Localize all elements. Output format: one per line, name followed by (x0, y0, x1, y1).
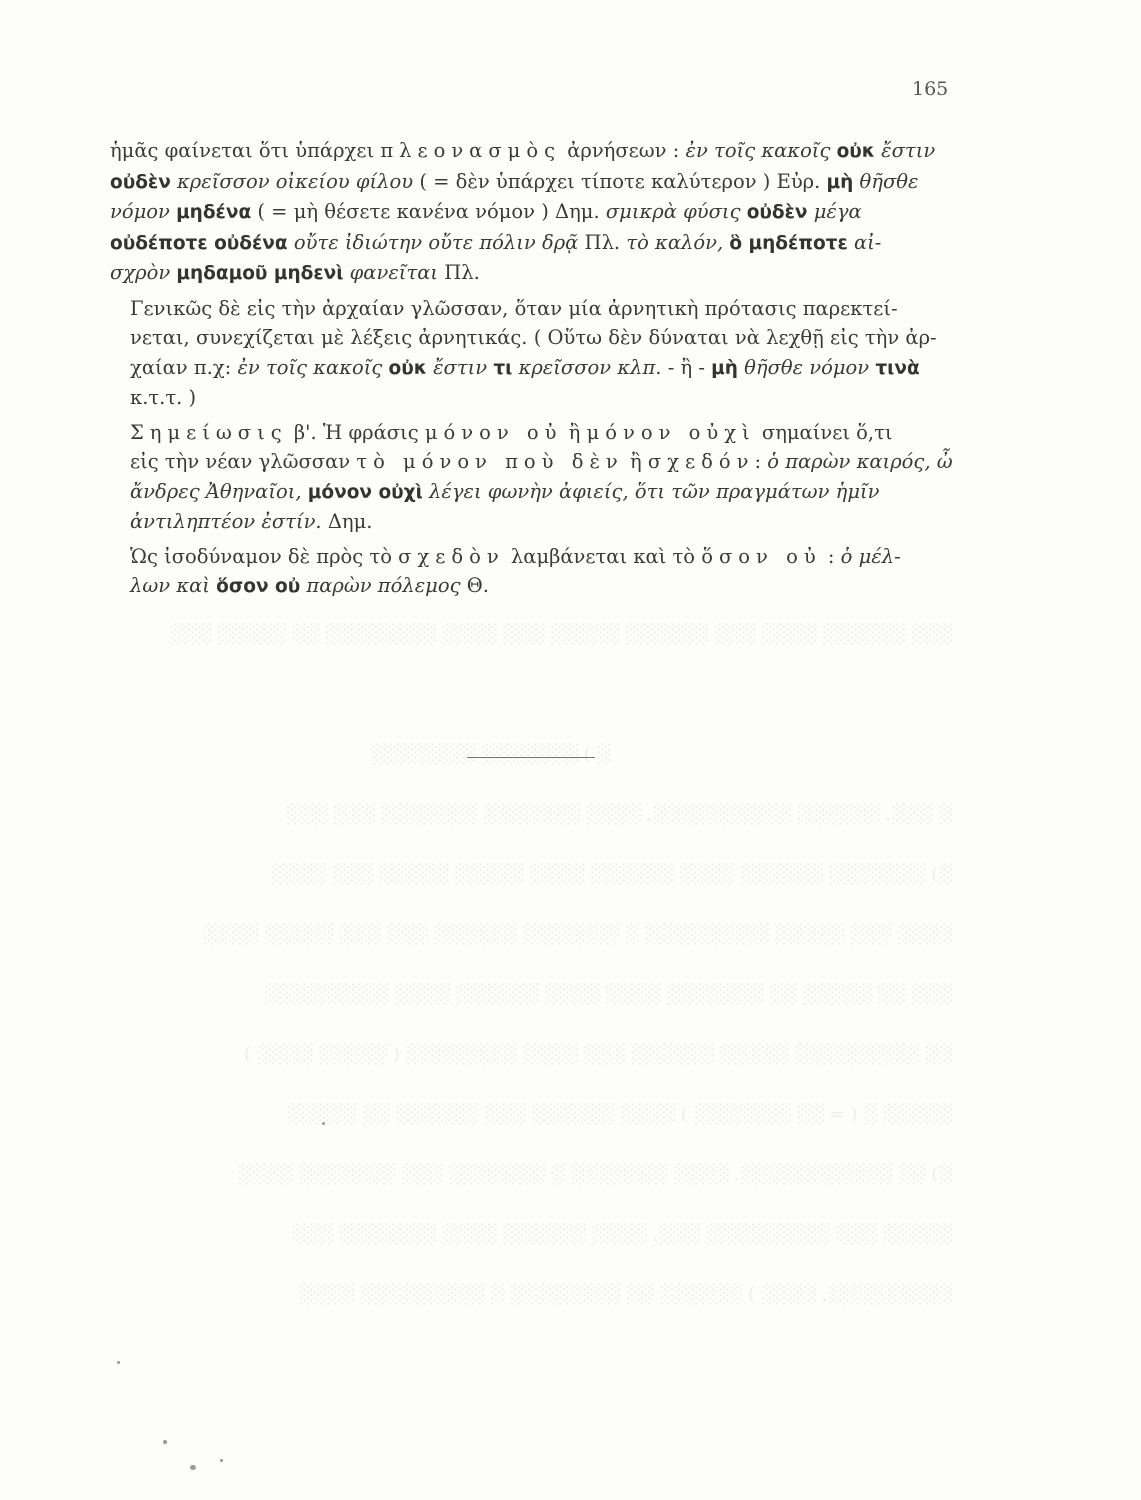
bold-term: ὃ μηδέποτε (729, 233, 847, 254)
italic-quote: θῆσθε (853, 170, 918, 193)
text-run: Ὡς ἰσοδύναμον δὲ πρὸς τὸ (130, 545, 398, 568)
text-line: οὐδὲν κρεῖσσον οἰκείου φίλου ( = δὲν ὑπά… (110, 167, 952, 198)
italic-quote: τὸ καλόν, (626, 231, 729, 254)
text-line: εἰς τὴν νέαν γλῶσσαν τὸ μόνον ποὺ δὲν ἢ … (110, 447, 952, 477)
show-through-text: ░░ ░░░░░░░░░ ░░░░░ ░░░░░░ ░░░ ░░░░ ░░░░░… (110, 1040, 952, 1069)
spaced-term: μόνον οὐ (425, 421, 563, 444)
show-through-text: ░░░░░ ░░░ ░░░░░░░░░ ░░░, ░░░░ ░░░░░░ ░░░… (110, 1220, 952, 1249)
spaced-term: σχεδόν (648, 450, 755, 473)
text-line: σχρὸν μηδαμοῦ μηδενὶ φανεῖται Πλ. (110, 258, 952, 289)
spaced-term: πλεονασμὸς (380, 139, 561, 162)
text-line: κ.τ.τ. ) (110, 383, 952, 413)
heading-underline (467, 757, 595, 758)
text-run: : (822, 545, 841, 568)
show-through-text: ░) ░░ ░░░░░░░░░░░. ░░░░ ░░░░░░░ ░ ░░░░░░… (110, 1160, 952, 1189)
text-line: Γενικῶς δὲ εἰς τὴν ἀρχαίαν γλῶσσαν, ὅταν… (110, 294, 952, 324)
paper-speck (117, 1361, 120, 1364)
paragraph-ancient-negatives: Γενικῶς δὲ εἰς τὴν ἀρχαίαν γλῶσσαν, ὅταν… (110, 294, 952, 413)
text-line: χαίαν π.χ: ἐν τοῖς κακοῖς οὐκ ἔστιν τι κ… (110, 353, 952, 384)
italic-quote: αἰ- (848, 231, 882, 254)
spaced-term: τὸ μόνον ποὺ δὲν (356, 450, 623, 473)
italic-quote: σμικρὰ φύσις (606, 200, 747, 223)
spaced-term: μόνον οὐχὶ (587, 421, 756, 444)
text-run: Πλ. (578, 231, 626, 254)
text-run: : (754, 450, 767, 473)
italic-quote: ἐν τοῖς κακοῖς (686, 139, 837, 162)
text-run: εἰς τὴν νέαν γλῶσσαν (130, 450, 356, 473)
spaced-term: ὅσον οὐ (701, 545, 821, 568)
paragraph-negation-pleonasm: ἡμᾶς φαίνεται ὅτι ὑπάρχει πλεονασμὸς ἀρν… (110, 136, 952, 289)
text-run: - ἢ - (662, 356, 712, 379)
bold-term: μηδένα (176, 202, 251, 223)
bold-term: οὐδὲν (747, 202, 808, 223)
italic-quote: ὁ μέλ- (841, 545, 901, 568)
text-line: ἄνδρες Ἀθηναῖοι, μόνον οὐχὶ λέγει φωνὴν … (110, 477, 952, 508)
text-run: σημαίνει ὅ,τι (756, 421, 893, 444)
italic-quote: ἄνδρες Ἀθηναῖοι, (130, 480, 308, 503)
text-line: οὐδέποτε οὐδένα οὔτε ἰδιώτην οὔτε πόλιν … (110, 228, 952, 259)
paper-speck (322, 1122, 325, 1125)
text-line: λων καὶ ὅσον οὐ παρὼν πόλεμος Θ. (110, 571, 952, 602)
bold-term: τι (493, 358, 512, 379)
text-run: Δημ. (322, 510, 373, 533)
text-line: νόμον μηδένα ( = μὴ θέσετε κανένα νόμον … (110, 197, 952, 228)
bold-term: μὴ (827, 172, 854, 193)
paragraph-note-beta: Σημείωσις β'. Ἡ φράσις μόνον οὐ ἢ μόνον … (110, 418, 952, 537)
italic-quote: λων καὶ (130, 574, 216, 597)
text-line: Ὡς ἰσοδύναμον δὲ πρὸς τὸ σχεδὸν λαμβάνετ… (110, 542, 952, 572)
italic-quote: οὔτε ἰδιώτην οὔτε πόλιν δρᾷ (288, 231, 579, 254)
bold-term: οὐκ (389, 358, 427, 379)
text-run: Γενικῶς δὲ εἰς τὴν ἀρχαίαν γλῶσσαν, ὅταν… (130, 297, 898, 320)
bold-term: μόνον οὐχὶ (308, 482, 423, 503)
show-through-text: ░░░░ ░░░ ░░░░░ ░░░░░░░░░ ░ ░░░░░░░ ░░░░░… (110, 920, 952, 949)
text-run: ἡμᾶς φαίνεται ὅτι ὑπάρχει (110, 139, 380, 162)
paragraph-oson-ou: Ὡς ἰσοδύναμον δὲ πρὸς τὸ σχεδὸν λαμβάνετ… (110, 542, 952, 602)
italic-quote: ἔστιν (875, 139, 935, 162)
show-through-text: ░) ░░░░░░░ ░░░░░░ ░░░░ ░░░░░░ ░░░░ ░░░░░… (110, 860, 952, 889)
text-line: ἡμᾶς φαίνεται ὅτι ὑπάρχει πλεονασμὸς ἀρν… (110, 136, 952, 167)
italic-quote: λέγει φωνὴν ἀφιείς, ὅτι τῶν πραγμάτων ἡμ… (423, 480, 880, 503)
spaced-term: Σημείωσις (130, 421, 288, 444)
text-line: Σημείωσις β'. Ἡ φράσις μόνον οὐ ἢ μόνον … (110, 418, 952, 448)
italic-quote: φανεῖται (343, 261, 438, 284)
text-run: νεται, συνεχίζεται μὲ λέξεις ἀρνητικάς. … (130, 326, 937, 349)
show-through-text: ░░░ ░░ ░░░░░ ░░ ░░░░░░░ ░░░░ ░░░░ ░░░░░░… (110, 980, 952, 1009)
show-through-text: ░░░░░░░░░, ░░░░ ) ░░░░░░ ░░ ░░░░░░░░ ░ ░… (110, 1280, 952, 1309)
text-run: λαμβάνεται καὶ τὸ (505, 545, 702, 568)
show-through-heading: ░ ) ░░░░░░░ ░░░░░░░░░ (370, 740, 610, 769)
text-run: Πλ. (438, 261, 480, 284)
paper-speck (163, 1440, 167, 1444)
italic-quote: ἀντιληπτέον ἐστίν. (130, 510, 322, 533)
text-run: ( = δὲν ὑπάρχει τίποτε καλύτερον ) Εὐρ. (413, 170, 826, 193)
bold-term: μὴ (711, 358, 738, 379)
text-run: β'. Ἡ φράσις (288, 421, 425, 444)
italic-quote: ἔστιν (427, 356, 493, 379)
italic-quote: μέγα (808, 200, 862, 223)
text-line: νεται, συνεχίζεται μὲ λέξεις ἀρνητικάς. … (110, 323, 952, 353)
bold-term: τινὰ (875, 358, 919, 379)
spaced-term: σχεδὸν (398, 545, 505, 568)
bold-term: οὐδὲν (110, 172, 171, 193)
italic-quote: κρεῖσσον κλπ. (512, 356, 661, 379)
text-run: ἀρνήσεων : (561, 139, 686, 162)
show-through-text: ░░░░░ ░ ( = ░░ ░░░░░░░ ) ░░░░ ░░░░░░ ░░░… (110, 1100, 952, 1129)
page-number: 165 (912, 78, 948, 100)
text-run: ἢ (562, 421, 586, 444)
bold-term: ὅσον οὐ (216, 576, 300, 597)
show-through-text: ░░░ ░░░░░░ ░░░░ ░░░ ░░░░░░ ░░░░░ ░░░ ░░░… (110, 620, 952, 649)
paper-speck (190, 1465, 196, 1470)
italic-quote: νόμον (110, 200, 176, 223)
italic-quote: σχρὸν (110, 261, 176, 284)
bold-term: οὐκ (837, 141, 875, 162)
text-run: Θ. (461, 574, 489, 597)
text-run: κ.τ.τ. ) (130, 386, 196, 409)
italic-quote: ἐν τοῖς κακοῖς (237, 356, 388, 379)
bold-term: μηδαμοῦ μηδενὶ (176, 263, 343, 284)
italic-quote: κρεῖσσον οἰκείου φίλου (171, 170, 413, 193)
text-run: ἢ (624, 450, 648, 473)
bold-term: οὐδέποτε οὐδένα (110, 233, 288, 254)
show-through-text: ░ ░░░. ░░░░░░ ░░░░░░░░░░, ░░░░ ░░░░░░░ ░… (110, 800, 952, 829)
italic-quote: θῆσθε νόμον (738, 356, 875, 379)
body-text: ἡμᾶς φαίνεται ὅτι ὑπάρχει πλεονασμὸς ἀρν… (110, 136, 952, 607)
italic-quote: ὁ παρὼν καιρός, ὦ (767, 450, 952, 473)
text-line: ἀντιληπτέον ἐστίν. Δημ. (110, 507, 952, 537)
text-run: χαίαν π.χ: (130, 356, 237, 379)
paper-speck (220, 1459, 223, 1462)
italic-quote: παρὼν πόλεμος (300, 574, 460, 597)
text-run: ( = μὴ θέσετε κανένα νόμον ) Δημ. (251, 200, 606, 223)
